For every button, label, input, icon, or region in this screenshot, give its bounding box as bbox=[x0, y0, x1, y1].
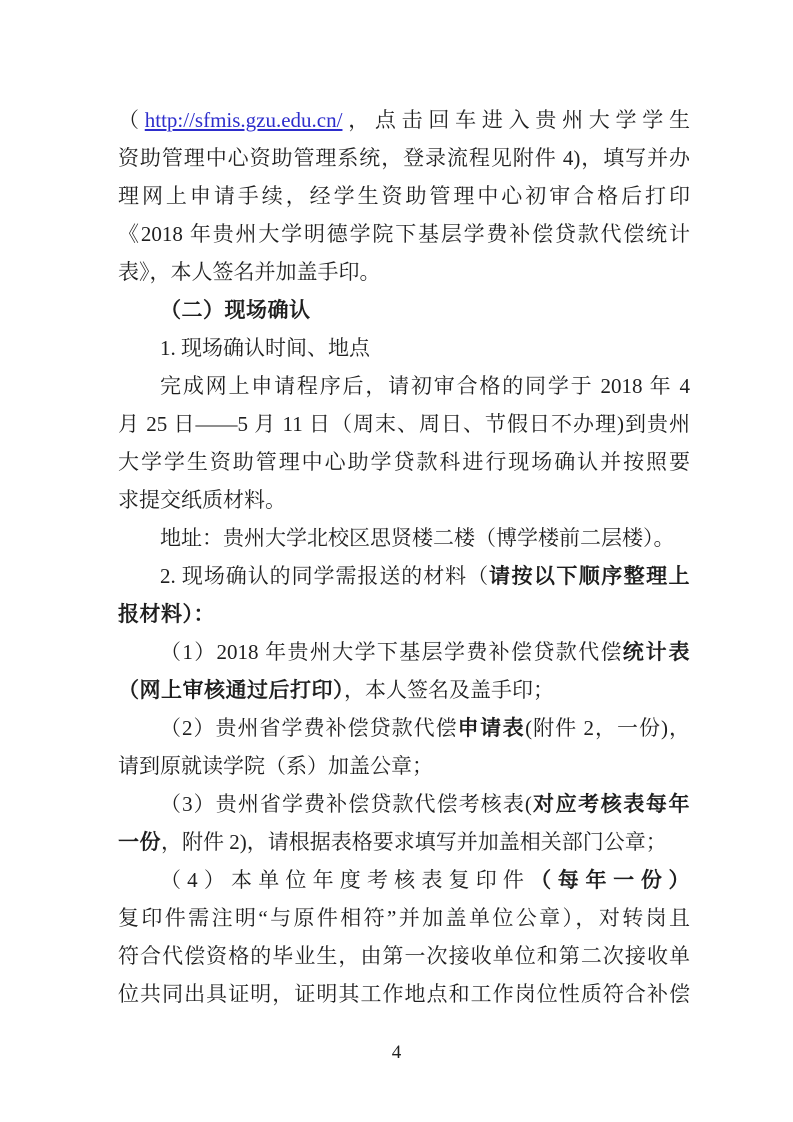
text-line: 符合代偿资格的毕业生，由第一次接收单位和第二次接收单 bbox=[118, 937, 690, 975]
text-line: 一份，附件 2)，请根据表格要求填写并加盖相关部门公章； bbox=[118, 823, 690, 861]
text-line: 《2018 年贵州大学明德学院下基层学费补偿贷款代偿统计 bbox=[118, 215, 690, 253]
text-run: 资助管理中心资助管理系统，登录流程见附件 4)，填写并办 bbox=[118, 146, 690, 170]
text-line: （3）贵州省学费补偿贷款代偿考核表(对应考核表每年 bbox=[118, 785, 690, 823]
text-run: ，附件 2)，请根据表格要求填写并加盖相关部门公章； bbox=[161, 830, 667, 854]
text-run: 求提交纸质材料。 bbox=[118, 488, 286, 512]
text-run: 复印件需注明“与原件相符”并加盖单位公章），对转岗且 bbox=[118, 906, 690, 930]
text-line: 地址：贵州大学北校区思贤楼二楼（博学楼前二层楼）。 bbox=[118, 519, 690, 557]
text-run: 表》，本人签名并加盖手印。 bbox=[118, 260, 381, 284]
text-run: 请到原就读学院（系）加盖公章； bbox=[118, 754, 433, 778]
text-line: 求提交纸质材料。 bbox=[118, 481, 690, 519]
bold-text-run: 统计表 bbox=[623, 641, 690, 664]
text-line: （二）现场确认 bbox=[118, 291, 690, 329]
text-line: （4）本单位年度考核表复印件（每年一份）（特别提醒： bbox=[118, 861, 690, 899]
bold-text-run: 请按以下顺序整理上 bbox=[489, 565, 690, 588]
text-line: （1）2018 年贵州大学下基层学费补偿贷款代偿统计表 bbox=[118, 633, 690, 671]
text-line: 1. 现场确认时间、地点 bbox=[118, 329, 690, 367]
text-run: （ bbox=[118, 108, 145, 132]
bold-text-run: （网上审核通过后打印） bbox=[118, 679, 344, 702]
text-run: 理网上申请手续，经学生资助管理中心初审合格后打印 bbox=[118, 184, 690, 208]
text-run: 大学学生资助管理中心助学贷款科进行现场确认并按照要 bbox=[118, 450, 690, 474]
text-line: 大学学生资助管理中心助学贷款科进行现场确认并按照要 bbox=[118, 443, 690, 481]
text-run: 《2018 年贵州大学明德学院下基层学费补偿贷款代偿统计 bbox=[118, 222, 690, 246]
text-line: 资助管理中心资助管理系统，登录流程见附件 4)，填写并办 bbox=[118, 139, 690, 177]
hyperlink-sfmis[interactable]: http://sfmis.gzu.edu.cn/ bbox=[145, 108, 343, 132]
page-number: 4 bbox=[392, 1042, 402, 1063]
text-line: 表》，本人签名并加盖手印。 bbox=[118, 253, 690, 291]
text-line: 2. 现场确认的同学需报送的材料（请按以下顺序整理上 bbox=[118, 557, 690, 595]
text-line: 位共同出具证明，证明其工作地点和工作岗位性质符合补偿 bbox=[118, 975, 690, 1013]
text-line: 完成网上申请程序后，请初审合格的同学于 2018 年 4 bbox=[118, 367, 690, 405]
page-footer: 4 bbox=[0, 1034, 793, 1072]
text-run: 符合代偿资格的毕业生，由第一次接收单位和第二次接收单 bbox=[118, 944, 690, 968]
text-run: （4）本单位年度考核表复印件 bbox=[160, 868, 530, 892]
text-run: 月 25 日——5 月 11 日（周末、周日、节假日不办理)到贵州 bbox=[118, 412, 690, 436]
text-line: 复印件需注明“与原件相符”并加盖单位公章），对转岗且 bbox=[118, 899, 690, 937]
text-line: （http://sfmis.gzu.edu.cn/，点击回车进入贵州大学学生 bbox=[118, 101, 690, 139]
text-run: ，点击回车进入贵州大学学生 bbox=[342, 108, 690, 132]
bold-text-run: （二）现场确认 bbox=[160, 299, 311, 322]
bold-text-run: 一份 bbox=[118, 831, 161, 854]
text-line: 请到原就读学院（系）加盖公章； bbox=[118, 747, 690, 785]
bold-text-run: 申请表 bbox=[458, 717, 526, 740]
text-line: （2）贵州省学费补偿贷款代偿申请表(附件 2，一份)， bbox=[118, 709, 690, 747]
text-line: 报材料）： bbox=[118, 595, 690, 633]
bold-text-run: 报材料）： bbox=[118, 603, 215, 626]
bold-text-run: 对应考核表每年 bbox=[532, 793, 690, 816]
text-run: ，本人签名及盖手印； bbox=[344, 678, 554, 702]
text-line: 月 25 日——5 月 11 日（周末、周日、节假日不办理)到贵州 bbox=[118, 405, 690, 443]
text-line: （网上审核通过后打印），本人签名及盖手印； bbox=[118, 671, 690, 709]
text-run: 位共同出具证明，证明其工作地点和工作岗位性质符合补偿 bbox=[118, 982, 690, 1006]
text-run: （1）2018 年贵州大学下基层学费补偿贷款代偿 bbox=[160, 640, 623, 664]
text-run: 地址：贵州大学北校区思贤楼二楼（博学楼前二层楼）。 bbox=[160, 526, 675, 550]
document-body: （http://sfmis.gzu.edu.cn/，点击回车进入贵州大学学生资助… bbox=[118, 101, 690, 1013]
text-run: （2）贵州省学费补偿贷款代偿 bbox=[160, 716, 458, 740]
text-run: 2. 现场确认的同学需报送的材料（ bbox=[160, 564, 489, 588]
text-run: 完成网上申请程序后，请初审合格的同学于 2018 年 4 bbox=[160, 374, 690, 398]
text-line: 理网上申请手续，经学生资助管理中心初审合格后打印 bbox=[118, 177, 690, 215]
text-run: (附件 2，一份)， bbox=[525, 716, 690, 740]
document-page: （http://sfmis.gzu.edu.cn/，点击回车进入贵州大学学生资助… bbox=[0, 0, 793, 1122]
text-run: 1. 现场确认时间、地点 bbox=[160, 336, 370, 360]
text-run: （3）贵州省学费补偿贷款代偿考核表( bbox=[160, 792, 532, 816]
